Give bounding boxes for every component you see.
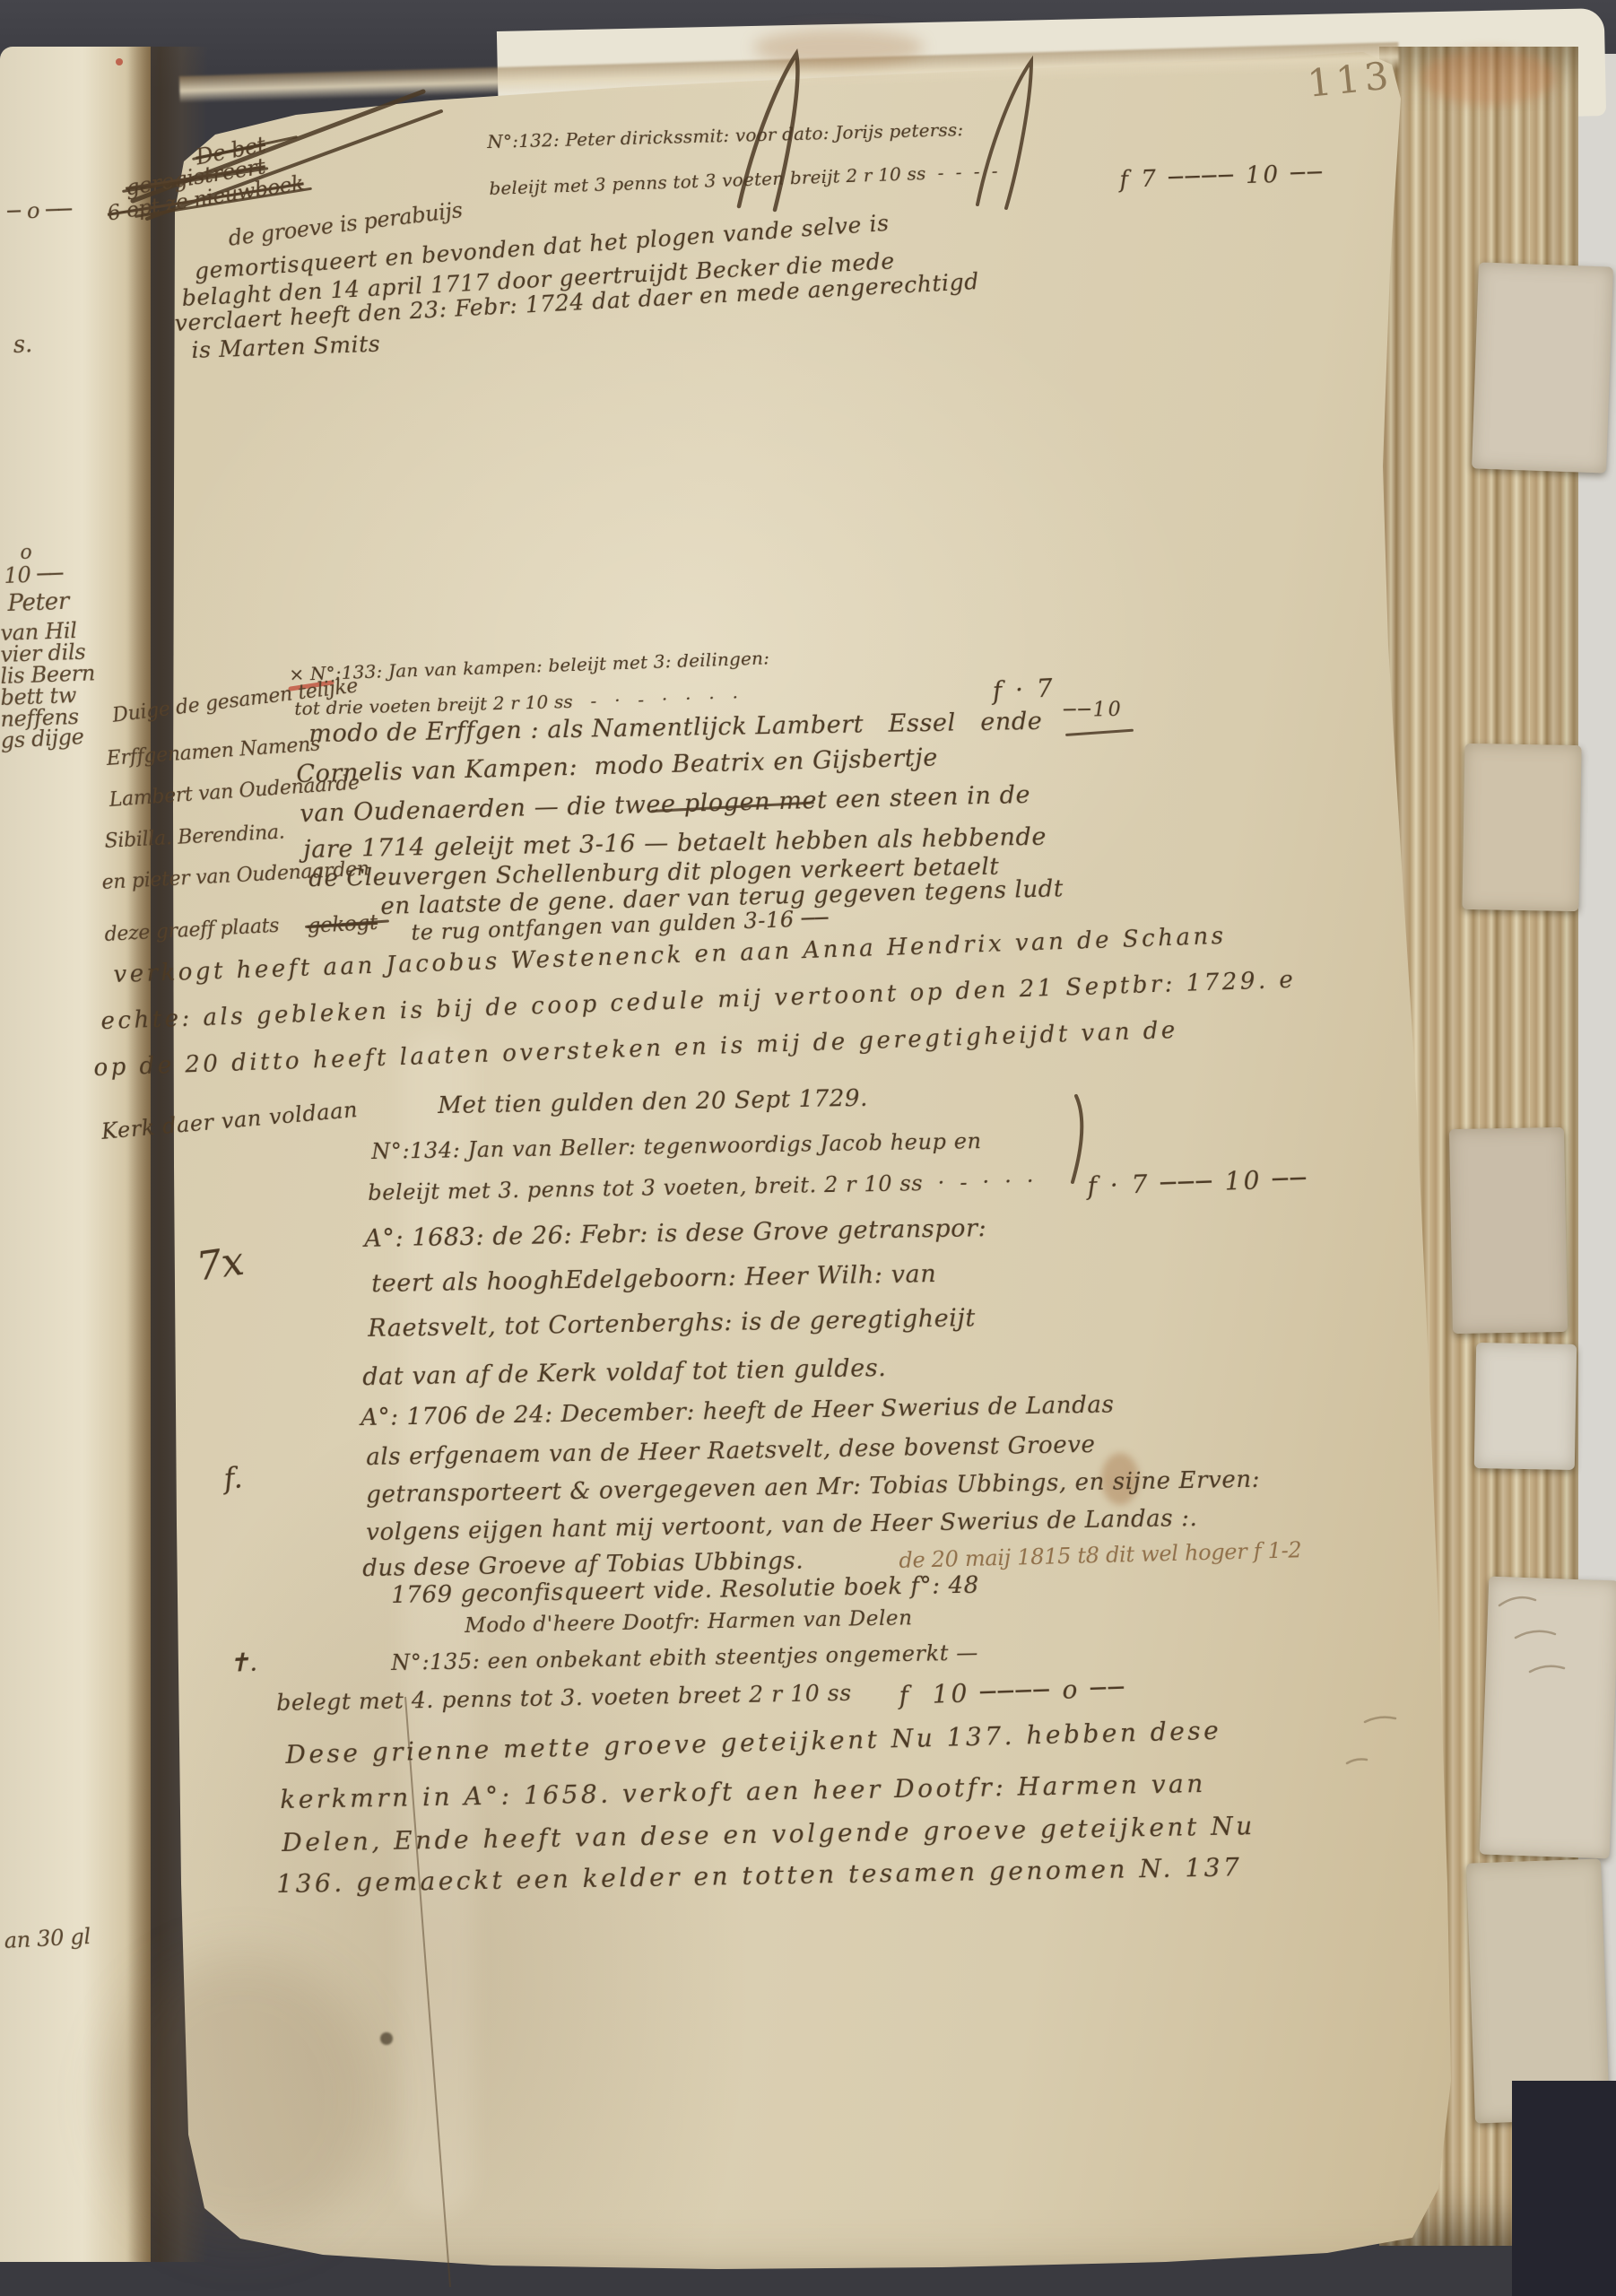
entry132-amount: f 7 ──── 10 ── bbox=[1119, 160, 1325, 194]
left-page-fragment: ─ o ── bbox=[7, 197, 72, 224]
entry134-amount: f · 7 ─── 10 ── bbox=[1087, 1163, 1309, 1201]
manuscript-photo: 113 N°:132: Peter dirickssmit: voor dato… bbox=[0, 0, 1616, 2296]
entry134-body: dat van af de Kerk voldaf tot tien gulde… bbox=[362, 1354, 887, 1391]
entry135-title: N°:135: een onbekant ebith steentjes ong… bbox=[391, 1640, 978, 1675]
entry135-body: Delen, Ende heeft van dese en volgende g… bbox=[282, 1811, 1255, 1857]
entry135-body: Dese grienne mette groeve geteijkent Nu … bbox=[285, 1716, 1222, 1770]
entry134-body: Raetsvelt, tot Cortenberghs: is de gereg… bbox=[368, 1304, 976, 1343]
left-page-fragment: 10 ── bbox=[4, 561, 64, 588]
entry133-margin: Sibilla. Berendina. bbox=[104, 821, 285, 852]
entry134-body: teert als hooghEdelgeboorn: Heer Wilh: v… bbox=[371, 1260, 937, 1298]
entry132-fee-line: beleijt met 3 penns tot 3 voeten breijt … bbox=[489, 160, 998, 199]
entry133-margin: deze graeff plaats bbox=[104, 915, 280, 946]
entry133-amount: ──10 bbox=[1064, 699, 1124, 722]
entry134-body: A°: 1683: de 26: Febr: is dese Grove get… bbox=[364, 1214, 986, 1253]
entry133-body: Met tien gulden den 20 Sept 1729. bbox=[438, 1085, 868, 1119]
page-number: 113 bbox=[1306, 53, 1395, 106]
entry133-margin: Erffgenamen Namens bbox=[106, 733, 321, 770]
entry132-title: N°:132: Peter dirickssmit: voor dato: Jo… bbox=[487, 118, 964, 152]
entry135-body: kerkmrn in A°: 1658. verkoft aen heer Do… bbox=[280, 1769, 1206, 1814]
left-page-fragment: o bbox=[20, 542, 32, 564]
left-page-fragment: gs dijge bbox=[0, 724, 84, 753]
entry134-fee-line: beleijt met 3. penns tot 3 voeten, breit… bbox=[368, 1169, 1034, 1205]
entry134-body: A°: 1706 de 24: December: heeft de Heer … bbox=[361, 1391, 1115, 1431]
left-page-fragment: s. bbox=[13, 331, 33, 359]
left-page-fragment: an 30 gl bbox=[4, 1924, 91, 1953]
entry135-amount: f 10 ──── o ── bbox=[899, 1673, 1126, 1710]
margin-mark-cross: ✝. bbox=[228, 1647, 257, 1678]
entry134-body: volgens eijgen hant mij vertoont, van de… bbox=[366, 1505, 1198, 1546]
entry134-title: N°:134: Jan van Beller: tegenwoordigs Ja… bbox=[371, 1128, 982, 1164]
entry134-later-note: de 20 maij 1815 t8 dit wel hoger f 1-2 bbox=[899, 1537, 1302, 1573]
entry133-body: van Oudenaerden — die twee plogen met ee… bbox=[300, 781, 1030, 828]
entry135-modo-line: Modo d'heere Dootfr: Harmen van Delen bbox=[465, 1606, 913, 1638]
ink-strike bbox=[1065, 729, 1134, 736]
entry133-body: Kerk daer van voldaan bbox=[100, 1097, 359, 1144]
entry134-body: als erfgenaem van de Heer Raetsvelt, des… bbox=[366, 1431, 1096, 1471]
entry133-amount: f · 7 bbox=[992, 673, 1056, 706]
entry134-body: getransporteert & overgegeven aen Mr: To… bbox=[366, 1466, 1260, 1509]
margin-mark-7x: 7x bbox=[194, 1239, 247, 1291]
entry133-title: × N°:133: Jan van kampen: beleijt met 3:… bbox=[289, 647, 769, 685]
margin-mark-f: f. bbox=[222, 1460, 244, 1496]
entry135-fee-line: belegt met 4. penns tot 3. voeten breet … bbox=[276, 1680, 852, 1716]
entry133-body: Cornelis van Kampen: modo Beatrix en Gij… bbox=[296, 744, 938, 788]
handwriting-layer: 113 N°:132: Peter dirickssmit: voor dato… bbox=[0, 0, 1616, 2296]
entry135-body: 136. gemaeckt een kelder en totten tesam… bbox=[276, 1852, 1243, 1899]
entry132-note: is Marten Smits bbox=[191, 331, 381, 363]
left-page-fragment: Peter bbox=[7, 588, 69, 617]
